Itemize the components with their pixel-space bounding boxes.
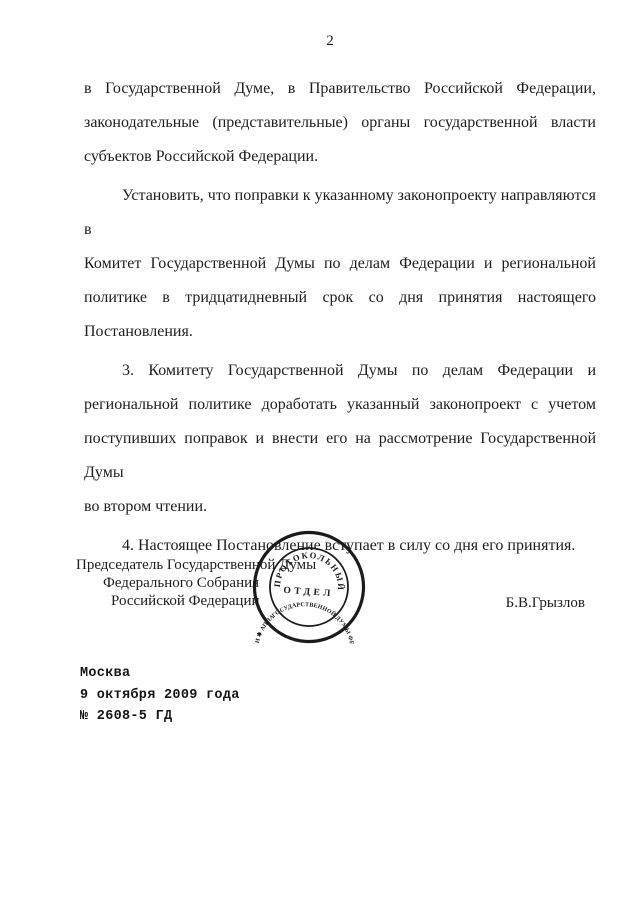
paragraph: 3. Комитету Государственной Думы по дела… (84, 354, 596, 524)
body-line: в Государственной Думе, в Правительство … (84, 72, 596, 106)
body-line: политике в тридцатидневный срок со дня п… (84, 281, 596, 315)
stamp-center-text: ОТДЕЛ (283, 586, 334, 599)
page-number: 2 (10, 33, 640, 50)
body-line: во втором чтении. (84, 490, 596, 524)
body-line: поступивших поправок и внести его на рас… (84, 422, 596, 490)
issue-date: 9 октября 2009 года (80, 685, 240, 707)
issue-city: Москва (80, 663, 240, 685)
paragraph: в Государственной Думе, в Правительство … (84, 72, 596, 174)
paragraph: Установить, что поправки к указанному за… (84, 179, 596, 349)
body-line: законодательные (представительные) орган… (84, 106, 596, 140)
body-line: Комитет Государственной Думы по делам Фе… (84, 247, 596, 281)
body-line: региональной политике доработать указанн… (84, 388, 596, 422)
document-body: в Государственной Думе, в Правительство … (84, 72, 596, 563)
issue-number: № 2608-5 ГД (80, 706, 240, 728)
round-stamp-icon: ГОСУДАРСТВЕННОЙ ДУМЫ ФЕДЕРАЛЬНОГО СОБРАН… (252, 530, 366, 644)
issue-details: Москва 9 октября 2009 года № 2608-5 ГД (80, 663, 240, 728)
body-line: 3. Комитету Государственной Думы по дела… (84, 354, 596, 388)
body-line: Установить, что поправки к указанному за… (84, 179, 596, 247)
signatory-name: Б.В.Грызлов (506, 594, 585, 612)
document-page: 2 в Государственной Думе, в Правительств… (0, 0, 640, 900)
body-line: Постановления. (84, 315, 596, 349)
body-line: субъектов Российской Федерации. (84, 140, 596, 174)
